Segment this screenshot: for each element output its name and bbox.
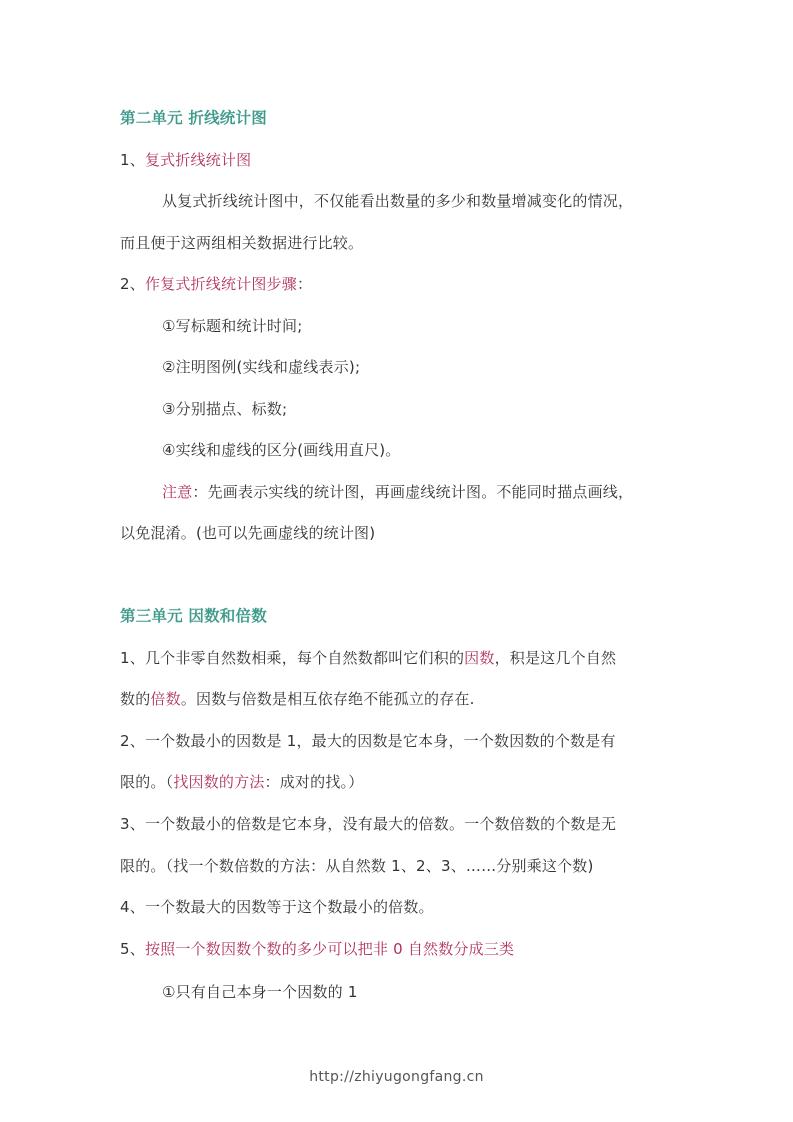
note-line: 注意：先画表示实线的统计图，再画虚线统计图。不能同时描点画线， [162,482,633,502]
sub-item: ①只有自己本身一个因数的 1 [162,982,358,1002]
text: 1、几个非零自然数相乘，每个自然数都叫它们积的 [120,649,464,667]
item-title-accent: 按照一个数因数个数的多少可以把非 0 自然数分成三类 [145,940,514,958]
paragraph-line: 而且便于这两组相关数据进行比较。 [120,233,363,253]
paragraph-line: 从复式折线统计图中，不仅能看出数量的多少和数量增减变化的情况， [162,191,633,211]
unit3-item5: 5、按照一个数因数个数的多少可以把非 0 自然数分成三类 [120,939,514,959]
item-number: 2、 [120,275,145,293]
text: ：成对的找。） [265,773,364,791]
method-label: 找因数的方法 [173,773,264,791]
paragraph-line: 1、几个非零自然数相乘，每个自然数都叫它们积的因数，积是这几个自然 [120,648,616,668]
paragraph-line: 4、一个数最大的因数等于这个数最小的倍数。 [120,897,434,917]
unit2-heading: 第二单元 折线统计图 [120,108,267,128]
paragraph-line: 3、一个数最小的倍数是它本身，没有最大的倍数。一个数倍数的个数是无 [120,814,616,834]
colon: ： [297,275,312,293]
text: ，积是这几个自然 [495,649,617,667]
term-factor: 因数 [464,649,494,667]
note-line: 以免混淆。(也可以先画虚线的统计图) [120,523,375,543]
text: 。因数与倍数是相互依存绝不能孤立的存在. [181,690,475,708]
term-multiple: 倍数 [150,690,180,708]
note-text: ：先画表示实线的统计图，再画虚线统计图。不能同时描点画线， [192,483,633,501]
step-item: ②注明图例(实线和虚线表示); [162,357,360,377]
paragraph-line: 限的。（找因数的方法：成对的找。） [120,772,363,792]
unit2-item1: 1、复式折线统计图 [120,150,251,170]
item-number: 5、 [120,940,145,958]
paragraph-line: 数的倍数。因数与倍数是相互依存绝不能孤立的存在. [120,689,475,709]
step-item: ④实线和虚线的区分(画线用直尺)。 [162,440,401,460]
text: 限的。（ [120,773,173,791]
unit3-heading: 第三单元 因数和倍数 [120,606,267,626]
step-item: ③分别描点、标数; [162,399,287,419]
item-title-accent: 复式折线统计图 [145,151,251,169]
step-item: ①写标题和统计时间; [162,316,303,336]
note-label: 注意 [162,483,192,501]
paragraph-line: 限的。（找一个数倍数的方法：从自然数 1、2、3、……分别乘这个数) [120,856,594,876]
document-page: 第二单元 折线统计图 1、复式折线统计图 从复式折线统计图中，不仅能看出数量的多… [0,0,793,1122]
text: 数的 [120,690,150,708]
item-title-accent: 作复式折线统计图步骤 [145,275,297,293]
paragraph-line: 2、一个数最小的因数是 1，最大的因数是它本身，一个数因数的个数是有 [120,731,616,751]
footer-url: http://zhiyugongfang.cn [0,1069,793,1085]
item-number: 1、 [120,151,145,169]
unit2-item2: 2、作复式折线统计图步骤： [120,274,312,294]
